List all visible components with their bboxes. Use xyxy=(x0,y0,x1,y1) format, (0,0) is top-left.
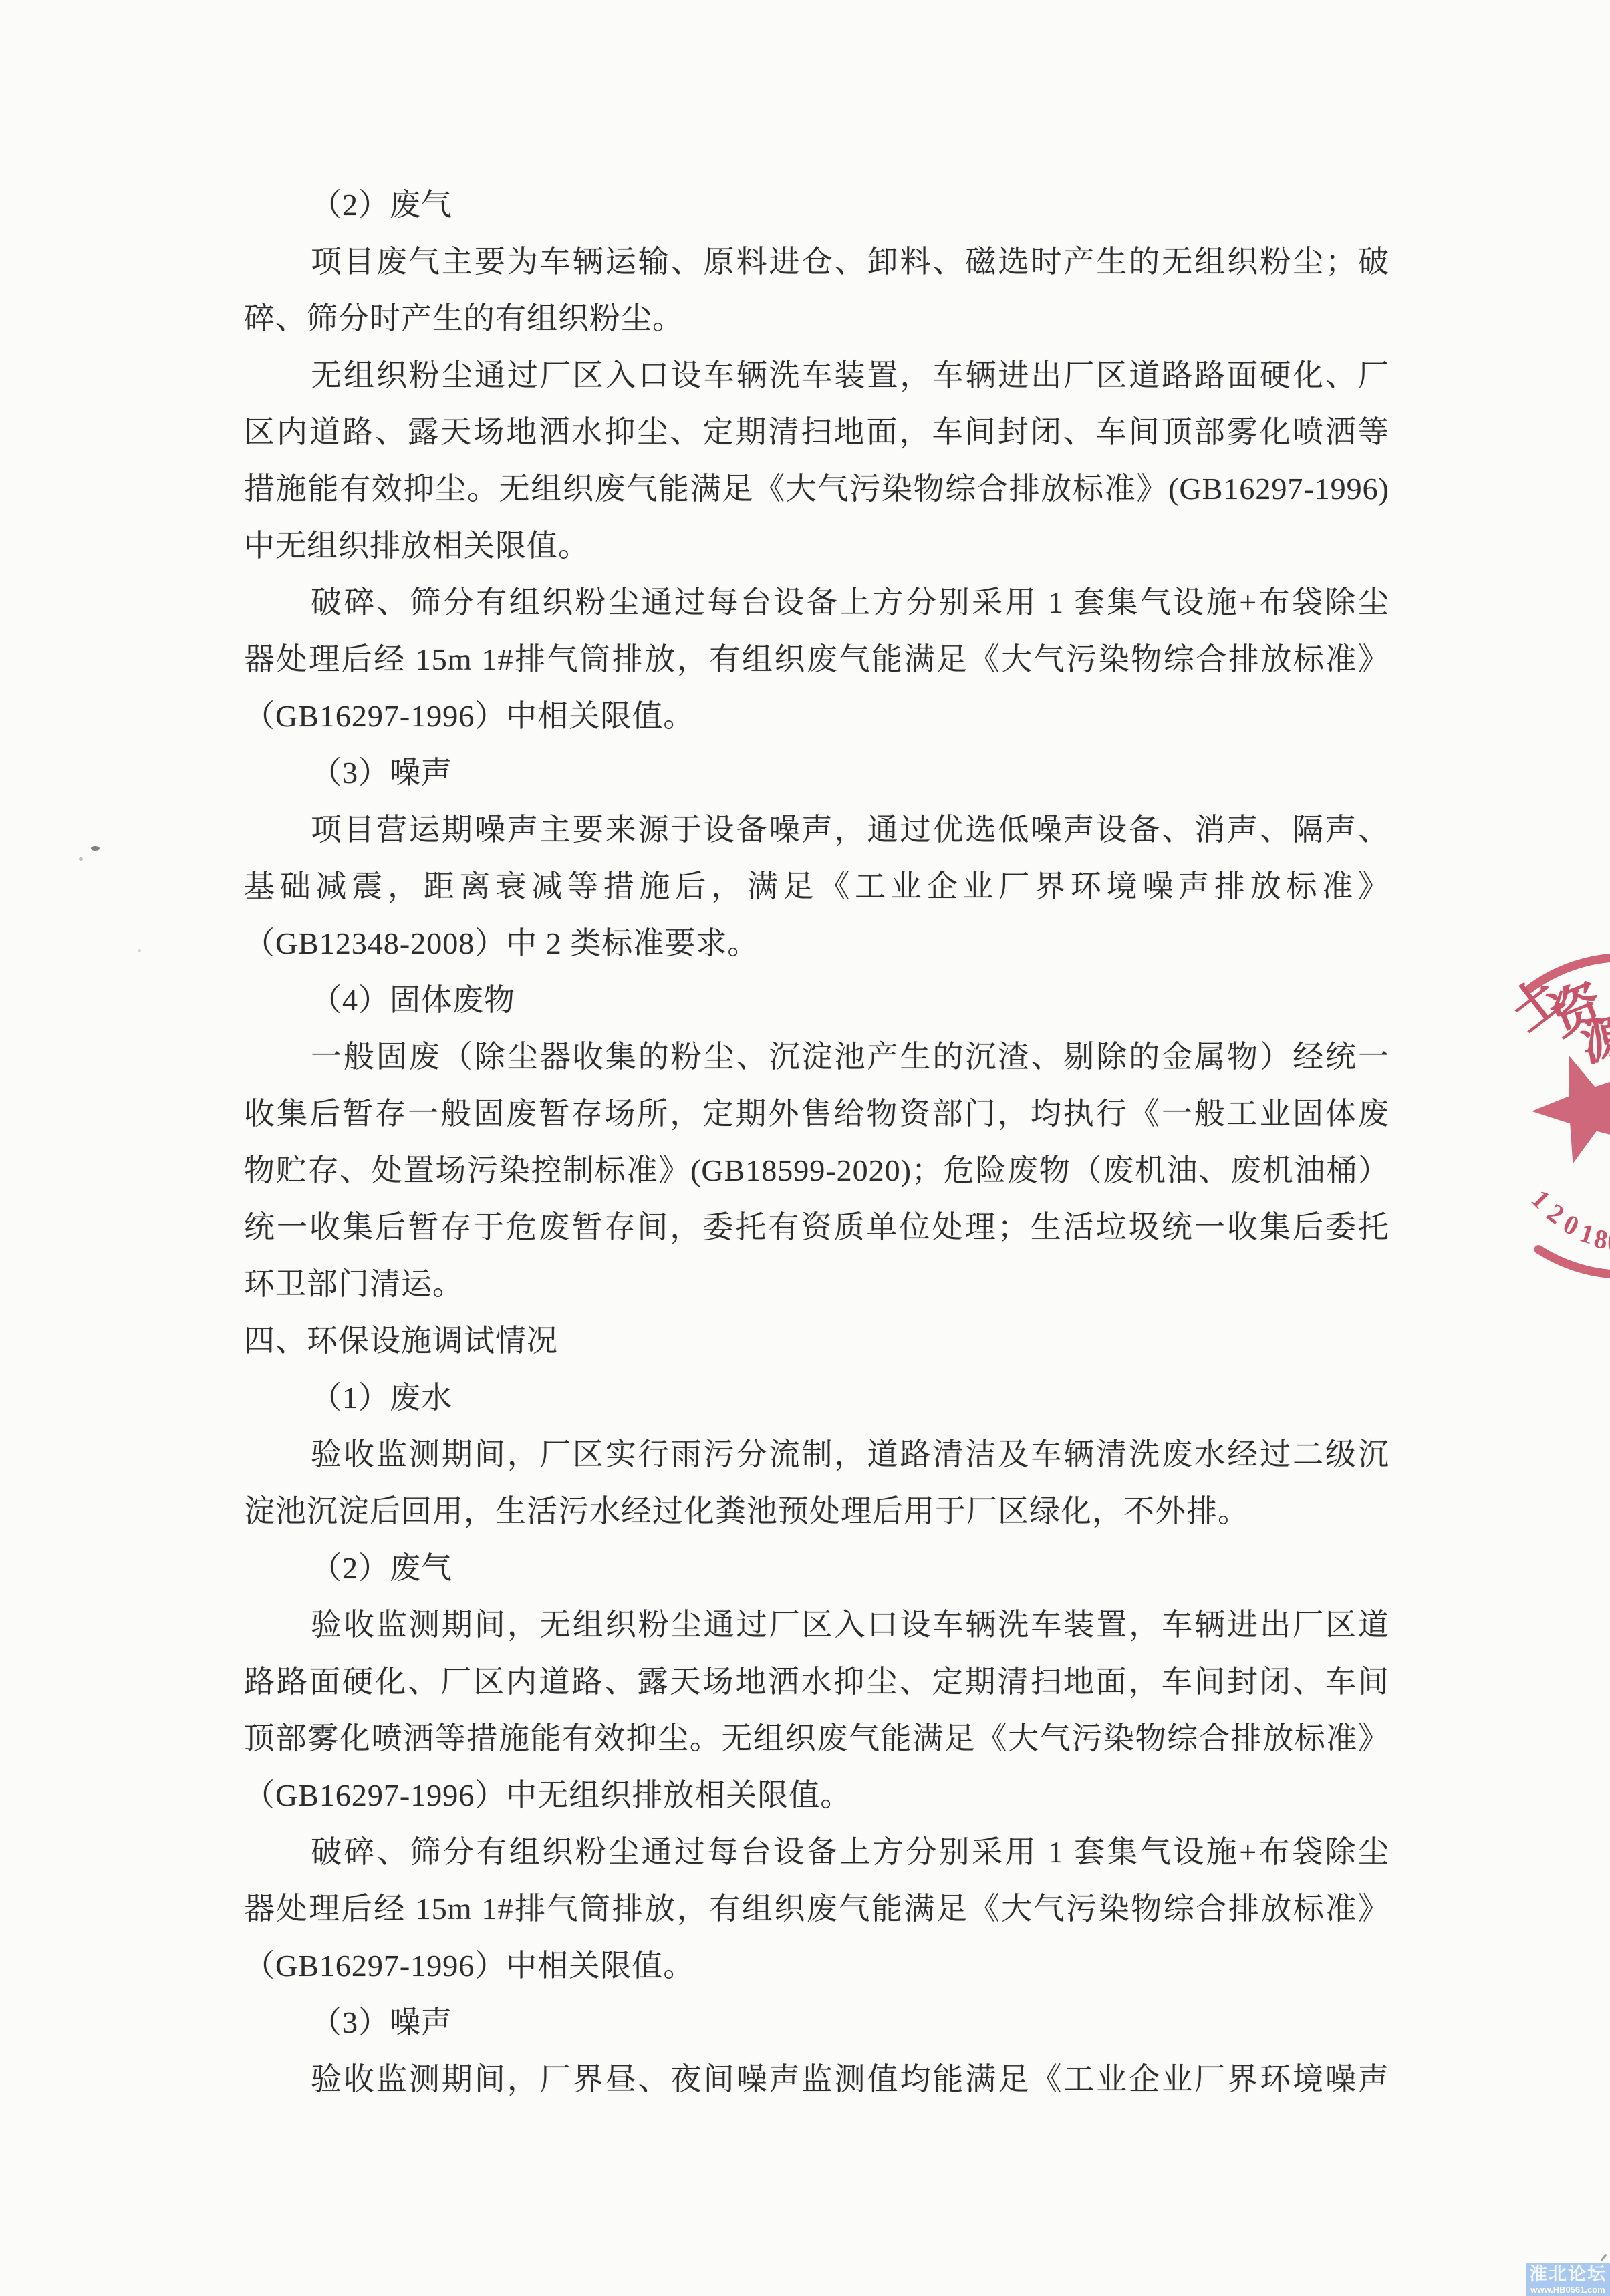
text-line: 项目废气主要为车辆运输、原料进仓、卸料、磁选时产生的无组织粉尘；破 xyxy=(244,233,1389,290)
text-line: （GB12348-2008）中 2 类标准要求。 xyxy=(244,915,1389,972)
text-line: 基础减震，距离衰减等措施后，满足《工业企业厂界环境噪声排放标准》 xyxy=(244,858,1389,915)
text-line: 四、环保设施调试情况 xyxy=(244,1312,1389,1369)
text-line: 碎、筛分时产生的有组织粉尘。 xyxy=(244,290,1389,347)
text-line: （3）噪声 xyxy=(244,744,1389,801)
text-line: 收集后暂存一般固废暂存场所，定期外售给物资部门，均执行《一般工业固体废 xyxy=(244,1085,1389,1142)
scan-speck xyxy=(91,846,100,851)
text-line: （GB16297-1996）中相关限值。 xyxy=(244,688,1389,744)
forum-watermark: 淮北论坛 www.HB0561.com xyxy=(1526,2263,1610,2296)
text-line: 路路面硬化、厂区内道路、露天场地洒水抑尘、定期清扫地面，车间封闭、车间 xyxy=(244,1653,1389,1710)
text-line: 破碎、筛分有组织粉尘通过每台设备上方分别采用 1 套集气设施+布袋除尘 xyxy=(244,574,1389,631)
seal-char: 源 xyxy=(1576,1008,1610,1072)
text-line: （1）废水 xyxy=(244,1369,1389,1426)
seal-star-icon xyxy=(1530,1054,1610,1165)
text-line: 中无组织排放相关限值。 xyxy=(244,517,1389,574)
text-line: 措施能有效抑尘。无组织废气能满足《大气污染物综合排放标准》(GB16297-19… xyxy=(244,460,1389,517)
scan-speck xyxy=(138,949,141,952)
watermark-url: www.HB0561.com xyxy=(1530,2285,1605,2294)
text-line: 验收监测期间，无组织粉尘通过厂区入口设车辆洗车装置，车辆进出厂区道 xyxy=(244,1596,1389,1653)
text-line: （GB16297-1996）中相关限值。 xyxy=(244,1937,1389,1994)
official-seal-stamp: 土 资 源 1 2 0 1 8 0 xyxy=(1497,921,1610,1304)
watermark-title: 淮北论坛 xyxy=(1529,2265,1607,2283)
text-line: 器处理后经 15m 1#排气筒排放，有组织废气能满足《大气污染物综合排放标准》 xyxy=(244,1880,1389,1937)
document-page: （2）废气项目废气主要为车辆运输、原料进仓、卸料、磁选时产生的无组织粉尘；破碎、… xyxy=(0,0,1610,2296)
text-line: 项目营运期噪声主要来源于设备噪声，通过优选低噪声设备、消声、隔声、 xyxy=(244,801,1389,858)
text-line: 顶部雾化喷洒等措施能有效抑尘。无组织废气能满足《大气污染物综合排放标准》 xyxy=(244,1710,1389,1767)
text-line: 破碎、筛分有组织粉尘通过每台设备上方分别采用 1 套集气设施+布袋除尘 xyxy=(244,1824,1389,1880)
text-line: 区内道路、露天场地洒水抑尘、定期清扫地面，车间封闭、车间顶部雾化喷洒等 xyxy=(244,404,1389,460)
text-line: 验收监测期间，厂区实行雨污分流制，道路清洁及车辆清洗废水经过二级沉 xyxy=(244,1426,1389,1483)
text-line: 统一收集后暂存于危废暂存间，委托有资质单位处理；生活垃圾统一收集后委托 xyxy=(244,1199,1389,1256)
text-line: （2）废气 xyxy=(244,176,1389,233)
text-line: （3）噪声 xyxy=(244,1994,1389,2051)
text-line: 一般固废（除尘器收集的粉尘、沉淀池产生的沉渣、剔除的金属物）经统一 xyxy=(244,1028,1389,1085)
seal-graphic: 土 资 源 1 2 0 1 8 0 xyxy=(1497,921,1610,1304)
text-line: 物贮存、处置场污染控制标准》(GB18599-2020)；危险废物（废机油、废机… xyxy=(244,1142,1389,1199)
scan-pen-mark xyxy=(1600,2253,1607,2261)
text-line: （GB16297-1996）中无组织排放相关限值。 xyxy=(244,1767,1389,1824)
text-line: （4）固体废物 xyxy=(244,972,1389,1028)
text-line: 环卫部门清运。 xyxy=(244,1256,1389,1312)
body-text: （2）废气项目废气主要为车辆运输、原料进仓、卸料、磁选时产生的无组织粉尘；破碎、… xyxy=(244,176,1389,2108)
scan-speck xyxy=(79,857,83,861)
text-line: 验收监测期间，厂界昼、夜间噪声监测值均能满足《工业企业厂界环境噪声 xyxy=(244,2051,1389,2108)
text-line: （2）废气 xyxy=(244,1540,1389,1596)
text-line: 器处理后经 15m 1#排气筒排放，有组织废气能满足《大气污染物综合排放标准》 xyxy=(244,631,1389,688)
text-line: 淀池沉淀后回用，生活污水经过化粪池预处理后用于厂区绿化，不外排。 xyxy=(244,1483,1389,1540)
text-line: 无组织粉尘通过厂区入口设车辆洗车装置，车辆进出厂区道路路面硬化、厂 xyxy=(244,347,1389,404)
